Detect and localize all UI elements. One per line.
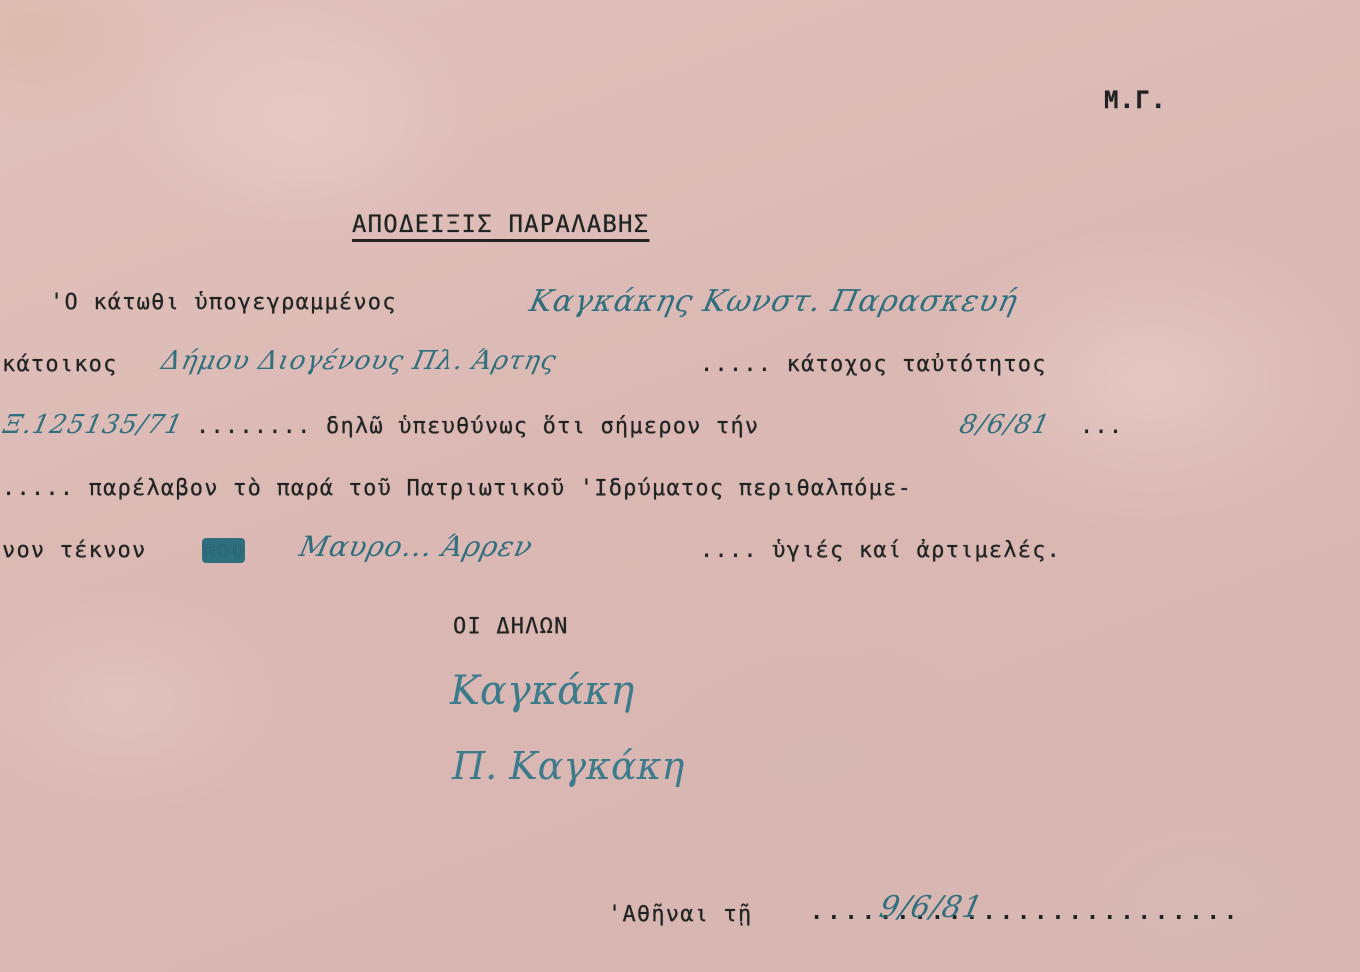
line-2-handwritten-address: Δήμου Διογένους Πλ. Άρτης [159,346,560,376]
line-2-typed: κάτοικος [2,352,118,377]
line-3-dots: ... [1080,414,1123,439]
signature-2: Π. Καγκάκη [452,744,684,788]
line-3-typed: ........ δηλῶ ὑπευθύνως ὅτι σήμερον τήν [196,414,759,439]
line-5-handwritten-child: Μαυρο... Άρρεν [296,530,536,563]
line-5-typed: νον τέκνον [2,538,146,563]
signature-1: Καγκάκη [450,668,634,714]
place-label: 'Αθῆναι τῇ [608,902,752,927]
line-1-typed: 'Ο κάτωθι ὑπογεγραμμένος [50,290,397,315]
line-3-handwritten-date: 8/6/81 [957,410,1053,440]
line-4-typed: ..... παρέλαβον τὸ παρά τοῦ Πατριωτικοῦ … [2,476,912,501]
date-dots: ......................... [810,900,1241,925]
line-2-typed-after: ..... κάτοχος ταὐτότητος [700,352,1047,377]
signing-date: 9/6/81 [876,890,986,925]
signatory-label: ΟΙ ΔΗΛΩΝ [453,614,569,639]
struck-out-word: που [202,538,245,563]
initials: Μ.Γ. [1104,86,1167,114]
line-3-handwritten-id: Ξ.125135/71 [1,410,186,440]
line-1-handwritten-name: Καγκάκης Κωνστ. Παρασκευή [526,284,1021,319]
document-title: ΑΠΟΔΕΙΞΙΣ ΠΑΡΑΛΑΒΗΣ [352,210,649,238]
line-5-typed-after: .... ὑγιές καί ἀρτιμελές. [700,538,1061,563]
